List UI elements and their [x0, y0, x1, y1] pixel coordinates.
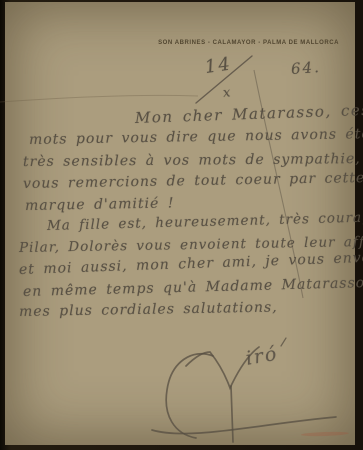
letter-line: marque d'amitié !: [25, 195, 175, 214]
letter-line: mes plus cordiales salutations,: [19, 299, 278, 320]
date-day: 14: [204, 53, 234, 78]
letter-line: Mon cher Matarasso, ces: [135, 101, 363, 127]
signature-text: iró: [244, 343, 280, 370]
red-mark: [301, 431, 349, 437]
date-month-x: x: [222, 85, 232, 101]
letter-paper: SON ABRINES - CALAMAYOR - PALMA DE MALLO…: [5, 2, 355, 445]
letter-line: mots pour vous dire que nous avons été: [29, 126, 363, 148]
letter-line: en même temps qu'à Madame Matarasso,: [23, 275, 363, 300]
letter-line: très sensibles à vos mots de sympathie, …: [23, 151, 363, 170]
framed-letter-photo: SON ABRINES - CALAMAYOR - PALMA DE MALLO…: [0, 0, 363, 450]
date-year: 64.: [290, 58, 321, 78]
letter-line: vous remercions de tout coeur par cette: [23, 170, 363, 192]
letterhead: SON ABRINES - CALAMAYOR - PALMA DE MALLO…: [158, 40, 339, 46]
